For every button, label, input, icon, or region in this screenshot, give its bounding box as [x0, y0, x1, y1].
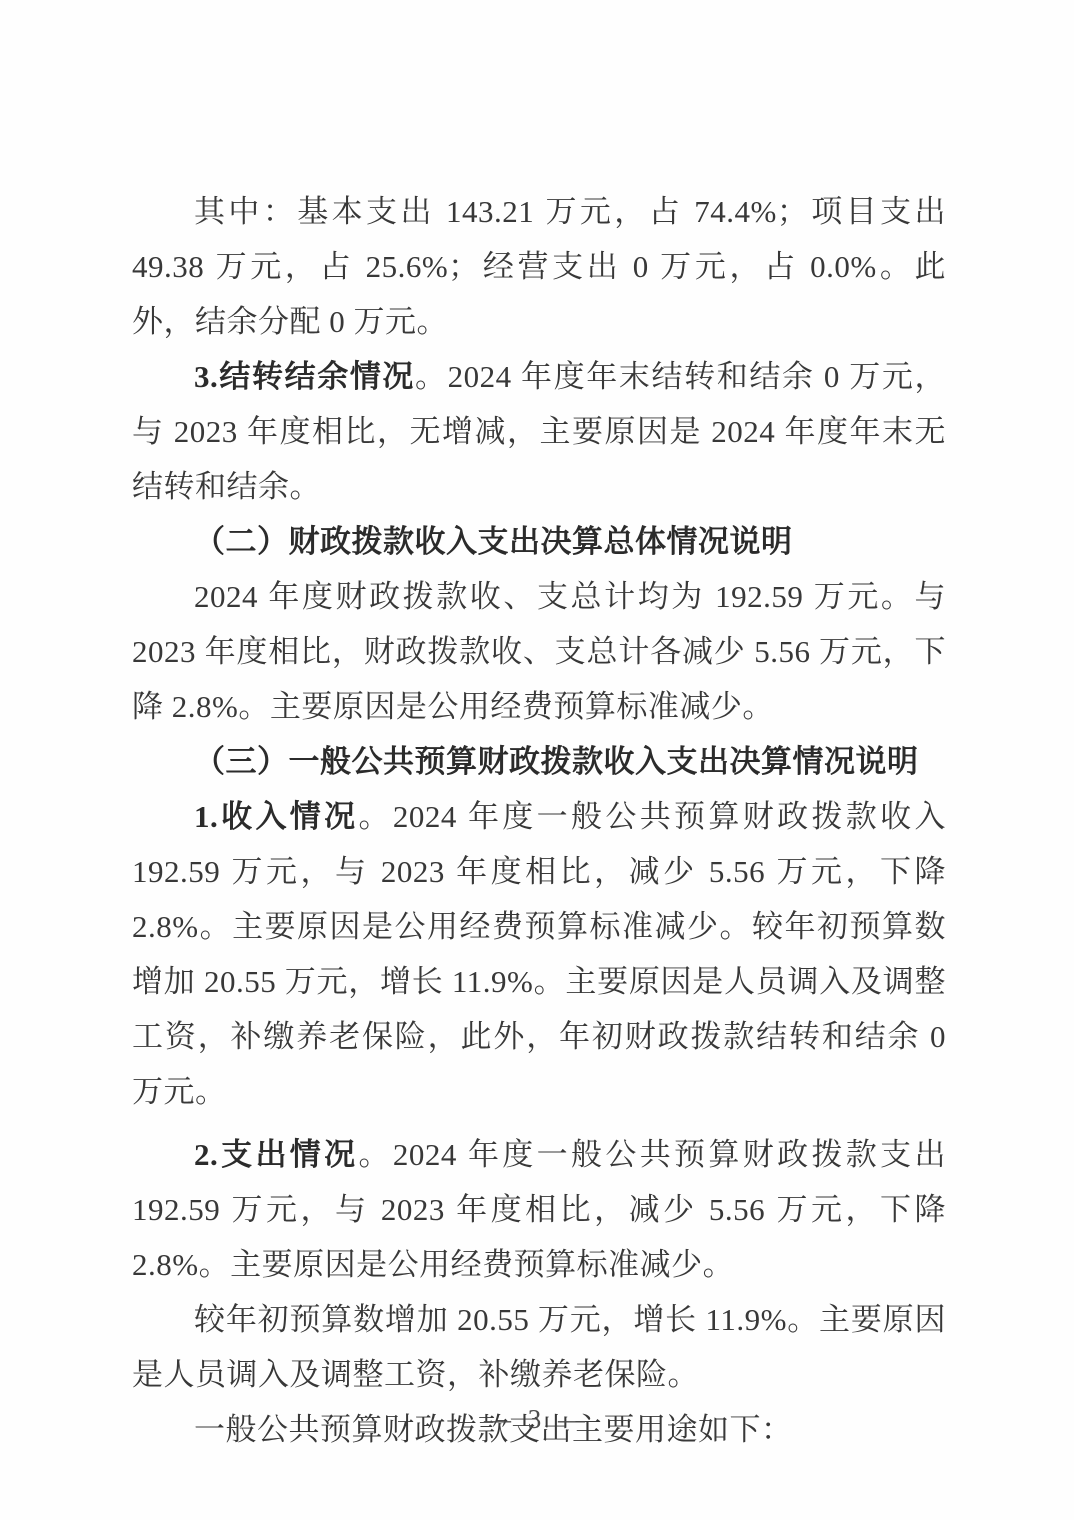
para-basic-expenditure: 其中：基本支出 143.21 万元，占 74.4%；项目支出 49.38 万元，… — [132, 184, 946, 349]
para-budget-increase: 较年初预算数增加 20.55 万元，增长 11.9%。主要原因是人员调入及调整工… — [132, 1292, 946, 1402]
heading-section-2: （二）财政拨款收入支出决算总体情况说明 — [132, 514, 946, 569]
page-number: — 3 — — [0, 1404, 1074, 1435]
heading-section-3-text: （三）一般公共预算财政拨款收入支出决算情况说明 — [194, 744, 919, 779]
para-fiscal-appropriation-total-text: 2024 年度财政拨款收、支总计均为 192.59 万元。与 2023 年度相比… — [132, 579, 946, 724]
para-expenditure-situation: 2.支出情况。2024 年度一般公共预算财政拨款支出 192.59 万元，与 2… — [132, 1127, 946, 1292]
document-page: 其中：基本支出 143.21 万元，占 74.4%；项目支出 49.38 万元，… — [0, 0, 1074, 1520]
para-carryover-balance: 3.结转结余情况。2024 年度年末结转和结余 0 万元，与 2023 年度相比… — [132, 349, 946, 514]
para-income-situation-text: 。2024 年度一般公共预算财政拨款收入 192.59 万元，与 2023 年度… — [132, 799, 946, 1109]
para-income-situation: 1.收入情况。2024 年度一般公共预算财政拨款收入 192.59 万元，与 2… — [132, 789, 946, 1119]
para-expenditure-situation-lead: 2.支出情况 — [194, 1137, 359, 1172]
document-body: 其中：基本支出 143.21 万元，占 74.4%；项目支出 49.38 万元，… — [132, 184, 946, 1457]
para-basic-expenditure-text: 其中：基本支出 143.21 万元，占 74.4%；项目支出 49.38 万元，… — [132, 194, 946, 339]
para-income-situation-lead: 1.收入情况 — [194, 799, 359, 834]
para-budget-increase-text: 较年初预算数增加 20.55 万元，增长 11.9%。主要原因是人员调入及调整工… — [132, 1302, 946, 1392]
heading-section-2-text: （二）财政拨款收入支出决算总体情况说明 — [194, 524, 793, 559]
heading-section-3: （三）一般公共预算财政拨款收入支出决算情况说明 — [132, 734, 946, 789]
para-carryover-balance-lead: 3.结转结余情况 — [194, 359, 415, 394]
para-fiscal-appropriation-total: 2024 年度财政拨款收、支总计均为 192.59 万元。与 2023 年度相比… — [132, 569, 946, 734]
